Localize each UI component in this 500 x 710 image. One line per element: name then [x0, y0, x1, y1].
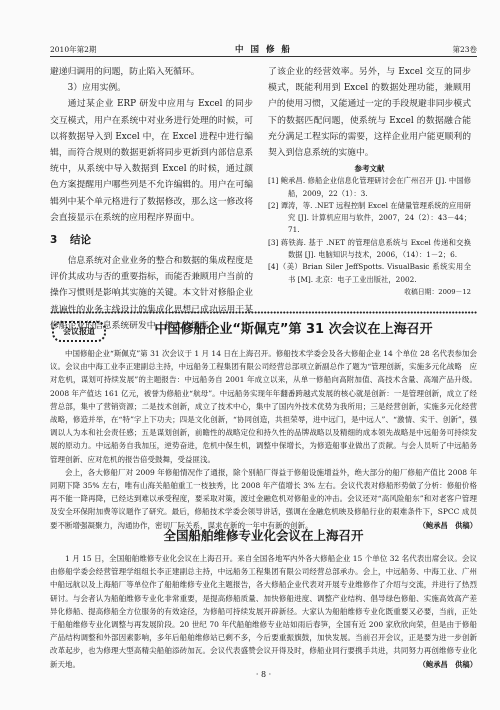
- journal-title: 中 国 修 船: [50, 43, 477, 55]
- article-title: 全国船舶维修专业化会议在上海召开: [50, 526, 477, 546]
- article-title: 中国修船企业“斯佩克”第 31 次会议在上海召开: [110, 320, 477, 340]
- paragraph: 会上，各大修船厂对 2009 年修船情况作了通报，除个别船厂得益于修船设施增益外…: [50, 466, 477, 532]
- section-number: 3: [50, 232, 70, 248]
- paragraph: 中国修船企业“斯佩克”第 31 次会议于 1 月 14 日在上海召开。修船技术学…: [50, 347, 477, 466]
- volume-label: 第23卷: [452, 44, 477, 55]
- article-body: 1 月 15 日，全国船舶维修专业化会议在上海召开。来自全国各地军内外各大修船企…: [50, 552, 477, 671]
- paragraph: 3）应用实例。: [50, 80, 253, 96]
- paragraph: 了该企业的经营效率。另外，与 Excel 交互的同步模式，既能利用到 Excel…: [268, 64, 471, 161]
- reference-item: [4]（美）Brian Siler JeffSpotts. VisualBasi…: [268, 261, 471, 286]
- reference-item: [2] 谭涛，等. .NET 远程控制 Excel 在储量管理系统的应用研究 […: [268, 200, 471, 237]
- paragraph-text: 1 月 15 日，全国船舶维修专业化会议在上海召开。来自全国各地军内外各大修船企…: [50, 554, 477, 669]
- section-heading: 3结论: [50, 232, 253, 248]
- page-number: · 8 ·: [50, 670, 477, 679]
- references-heading: 参考文献: [268, 162, 471, 175]
- dotted-divider: [50, 311, 477, 314]
- reference-item: [1] 鲍承昌. 修船企业信息化管理研讨会在广州召开 [J]. 中国修船，200…: [268, 175, 471, 200]
- credit-line: （鲍承昌 供稿）: [404, 658, 477, 671]
- paragraph: 1 月 15 日，全国船舶维修专业化会议在上海召开。来自全国各地军内外各大修船企…: [50, 552, 477, 671]
- running-header: 2010年第2期 中 国 修 船 第23卷: [50, 42, 477, 57]
- section-badge: 会议报道: [52, 321, 106, 342]
- received-date: 收稿日期：2009－12: [268, 286, 471, 298]
- reference-item: [3] 蒋铁海. 基于 .NET 的管理信息系统与 Excel 传递和交换数据 …: [268, 237, 471, 262]
- right-column: 了该企业的经营效率。另外，与 Excel 交互的同步模式，既能利用到 Excel…: [268, 64, 471, 298]
- article-body: 中国修船企业“斯佩克”第 31 次会议于 1 月 14 日在上海召开。修船技术学…: [50, 347, 477, 532]
- left-column: 避递归调用的问题，防止陷入死循环。 3）应用实例。 通过某企业 ERP 研发中应…: [50, 64, 253, 334]
- section-title: 结论: [70, 234, 91, 246]
- paragraph: 通过某企业 ERP 研发中应用与 Excel 的同步交互模式，用户在系统中对业务…: [50, 96, 253, 226]
- paragraph: 避递归调用的问题，防止陷入死循环。: [50, 64, 253, 80]
